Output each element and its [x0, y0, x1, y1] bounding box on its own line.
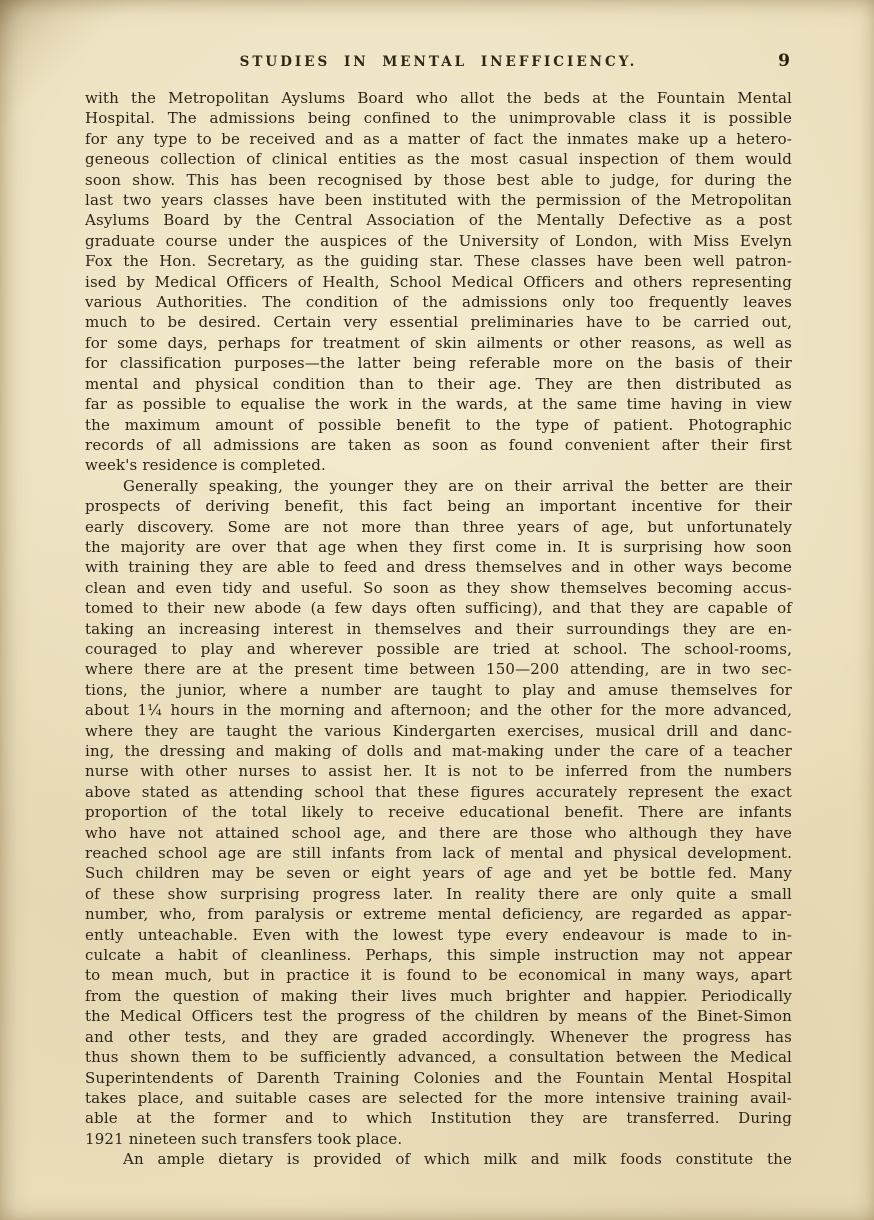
text-line: couraged to play and wherever possible a…	[85, 639, 792, 659]
text-line: proportion of the total likely to receiv…	[85, 802, 792, 822]
text-line: geneous collection of clinical entities …	[85, 149, 792, 169]
text-line: able at the former and to which Institut…	[85, 1108, 792, 1128]
text-line: far as possible to equalise the work in …	[85, 394, 792, 414]
paragraph: with the Metropolitan Ayslums Board who …	[85, 88, 792, 476]
text-line: for classification purposes—the latter b…	[85, 353, 792, 373]
text-line: for any type to be received and as a mat…	[85, 129, 792, 149]
paragraph: Generally speaking, the younger they are…	[85, 476, 792, 1149]
text-line: ised by Medical Officers of Health, Scho…	[85, 272, 792, 292]
text-line: for some days, perhaps for treatment of …	[85, 333, 792, 353]
text-line: Such children may be seven or eight year…	[85, 863, 792, 883]
text-line: reached school age are still infants fro…	[85, 843, 792, 863]
text-line: various Authorities. The condition of th…	[85, 292, 792, 312]
text-line: early discovery. Some are not more than …	[85, 517, 792, 537]
text-line: ently unteachable. Even with the lowest …	[85, 925, 792, 945]
text-line: the majority are over that age when they…	[85, 537, 792, 557]
page-number: 9	[778, 51, 790, 71]
text-line: thus shown them to be sufficiently advan…	[85, 1047, 792, 1067]
text-line: the Medical Officers test the progress o…	[85, 1006, 792, 1026]
text-line: ing, the dressing and making of dolls an…	[85, 741, 792, 761]
page-content: STUDIES IN MENTAL INEFFICIENCY. 9 with t…	[85, 54, 792, 1170]
text-line: from the question of making their lives …	[85, 986, 792, 1006]
text-line: graduate course under the auspices of th…	[85, 231, 792, 251]
text-line: prospects of deriving benefit, this fact…	[85, 496, 792, 516]
text-line: number, who, from paralysis or extreme m…	[85, 904, 792, 924]
text-line: takes place, and suitable cases are sele…	[85, 1088, 792, 1108]
text-line: Generally speaking, the younger they are…	[85, 476, 792, 496]
text-line: to mean much, but in practice it is foun…	[85, 965, 792, 985]
page-header: STUDIES IN MENTAL INEFFICIENCY. 9	[85, 54, 792, 76]
text-line: culcate a habit of cleanliness. Perhaps,…	[85, 945, 792, 965]
text-line: the maximum amount of possible benefit t…	[85, 415, 792, 435]
text-line: Fox the Hon. Secretary, as the guiding s…	[85, 251, 792, 271]
text-line: week's residence is completed.	[85, 455, 792, 475]
running-title: STUDIES IN MENTAL INEFFICIENCY.	[85, 54, 792, 70]
text-line: tions, the junior, where a number are ta…	[85, 680, 792, 700]
text-line: taking an increasing interest in themsel…	[85, 619, 792, 639]
text-line: much to be desired. Certain very essenti…	[85, 312, 792, 332]
text-line: where there are at the present time betw…	[85, 659, 792, 679]
text-line: mental and physical condition than to th…	[85, 374, 792, 394]
text-line: An ample dietary is provided of which mi…	[85, 1149, 792, 1169]
text-line: 1921 nineteen such transfers took place.	[85, 1129, 792, 1149]
text-line: records of all admissions are taken as s…	[85, 435, 792, 455]
text-line: of these show surprising progress later.…	[85, 884, 792, 904]
text-line: about 1¼ hours in the morning and aftern…	[85, 700, 792, 720]
text-line: who have not attained school age, and th…	[85, 823, 792, 843]
text-line: clean and even tidy and useful. So soon …	[85, 578, 792, 598]
document-page: STUDIES IN MENTAL INEFFICIENCY. 9 with t…	[0, 0, 874, 1220]
text-line: Asylums Board by the Central Association…	[85, 210, 792, 230]
text-line: above stated as attending school that th…	[85, 782, 792, 802]
text-line: Superintendents of Darenth Training Colo…	[85, 1068, 792, 1088]
paragraph: An ample dietary is provided of which mi…	[85, 1149, 792, 1169]
text-line: soon show. This has been recognised by t…	[85, 170, 792, 190]
page-body: with the Metropolitan Ayslums Board who …	[85, 88, 792, 1170]
text-line: where they are taught the various Kinder…	[85, 721, 792, 741]
text-line: with training they are able to feed and …	[85, 557, 792, 577]
text-line: nurse with other nurses to assist her. I…	[85, 761, 792, 781]
text-line: with the Metropolitan Ayslums Board who …	[85, 88, 792, 108]
text-line: and other tests, and they are graded acc…	[85, 1027, 792, 1047]
text-line: tomed to their new abode (a few days oft…	[85, 598, 792, 618]
text-line: Hospital. The admissions being confined …	[85, 108, 792, 128]
text-line: last two years classes have been institu…	[85, 190, 792, 210]
